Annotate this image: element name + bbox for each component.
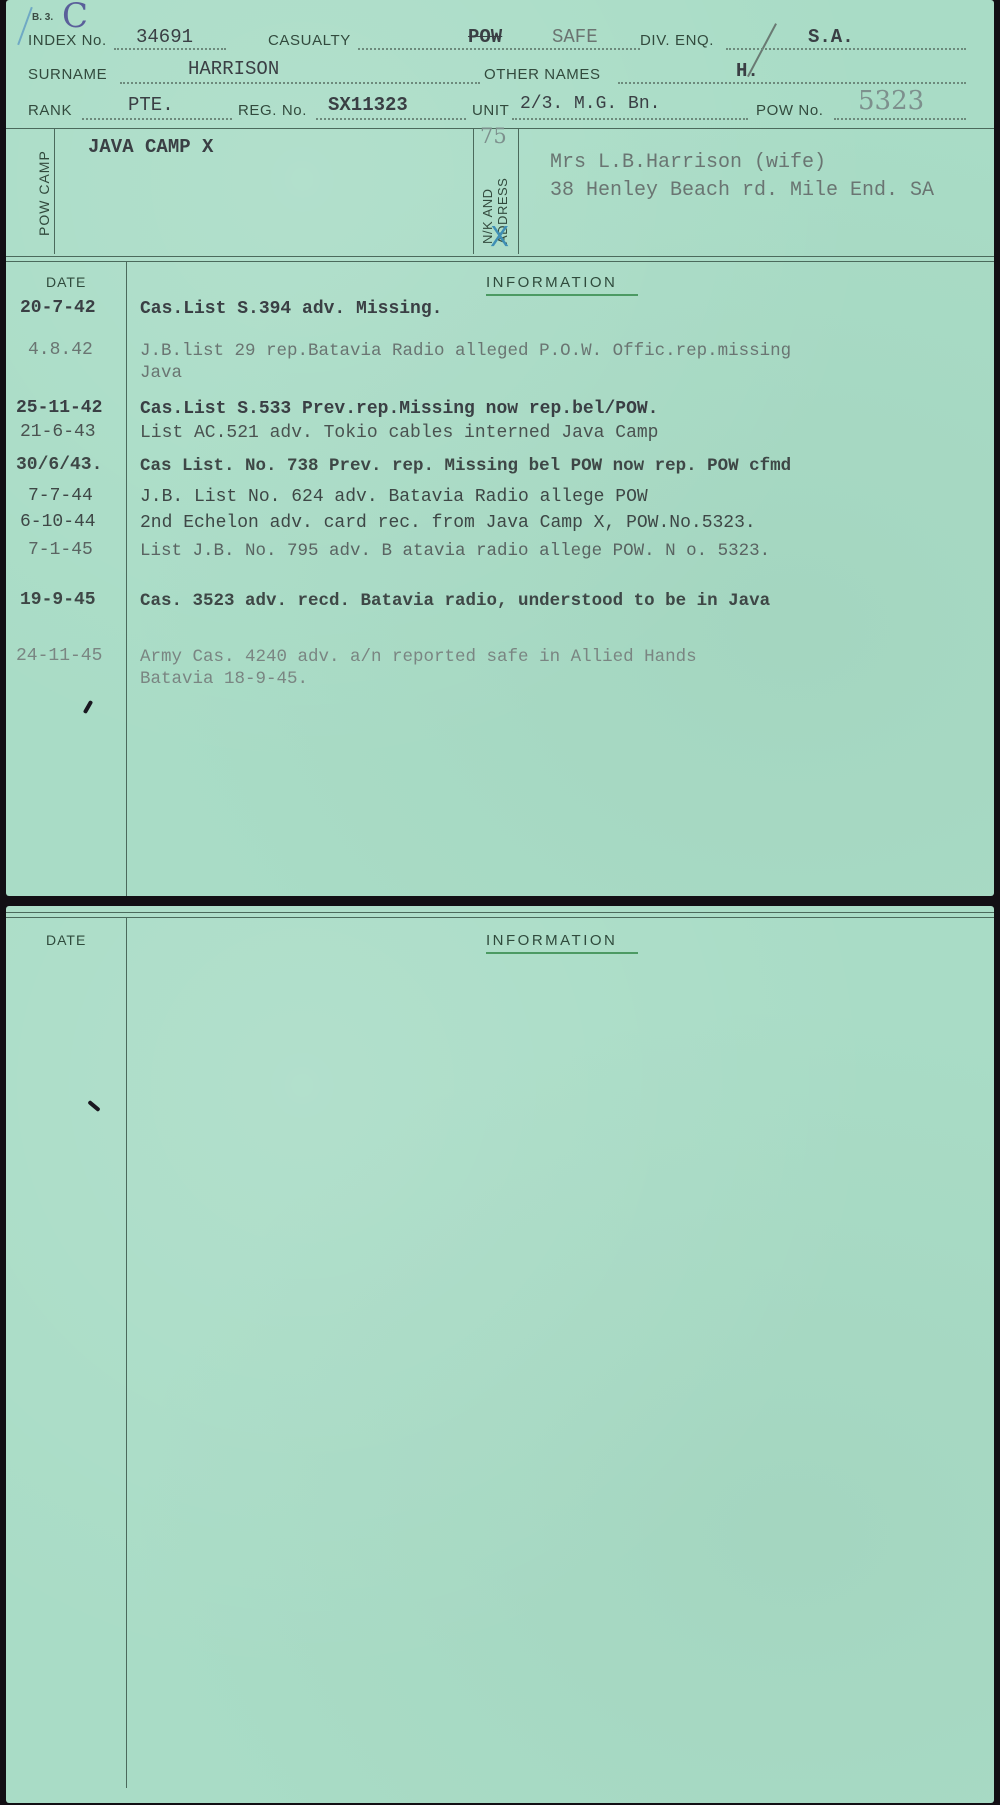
date-header: DATE (46, 274, 86, 290)
entry-information: J.B. List No. 624 adv. Batavia Radio all… (140, 486, 648, 508)
entry-information: J.B.list 29 rep.Batavia Radio alleged P.… (140, 340, 791, 384)
record-card-front: B. 3. C INDEX No. 34691 CASUALTY POW SAF… (6, 0, 994, 896)
pow-camp-value: JAVA CAMP X (88, 136, 213, 158)
reg-no-value: SX11323 (328, 94, 408, 116)
index-no-label: INDEX No. (28, 32, 107, 49)
entry-information: Cas List. No. 738 Prev. rep. Missing bel… (140, 455, 791, 477)
pow-camp-label: POW CAMP (36, 150, 52, 236)
pow-no-value: 5323 (858, 86, 924, 116)
entry-information: 2nd Echelon adv. card rec. from Java Cam… (140, 512, 756, 534)
reg-no-label: REG. No. (238, 102, 307, 119)
entry-date: 20-7-42 (20, 298, 96, 318)
nok-line-1: Mrs L.B.Harrison (wife) (550, 151, 826, 174)
entry-date: 24-11-45 (16, 646, 102, 666)
surname-value: HARRISON (188, 58, 279, 80)
entry-information: Cas. 3523 adv. recd. Batavia radio, unde… (140, 590, 770, 612)
divider (473, 128, 474, 254)
row-index-casualty: INDEX No. 34691 CASUALTY POW SAFE DIV. E… (28, 28, 964, 54)
casualty-struck-value: POW (468, 26, 502, 48)
divider (6, 917, 994, 918)
entry-information: Cas.List S.394 adv. Missing. (140, 298, 442, 320)
column-divider (126, 262, 127, 896)
div-enq-label: DIV. ENQ. (640, 32, 714, 49)
rank-label: RANK (28, 102, 72, 119)
entry-date: 7-1-45 (28, 540, 93, 560)
divider (6, 912, 994, 913)
record-card-back: DATE INFORMATION (6, 906, 994, 1803)
casualty-label: CASUALTY (268, 32, 351, 49)
entry-date: 6-10-44 (20, 512, 96, 532)
pen-mark-icon (87, 1100, 100, 1112)
row-surname: SURNAME HARRISON OTHER NAMES H. (28, 62, 964, 88)
div-enq-value: S.A. (808, 26, 854, 48)
entry-date: 7-7-44 (28, 486, 93, 506)
entry-date: 19-9-45 (20, 590, 96, 610)
date-header: DATE (46, 932, 86, 948)
divider (518, 128, 519, 254)
nok-line-2: 38 Henley Beach rd. Mile End. SA (550, 179, 934, 202)
header-underline (486, 952, 638, 954)
header-underline (486, 294, 638, 296)
entry-information: List AC.521 adv. Tokio cables interned J… (140, 422, 658, 444)
rank-value: PTE. (128, 94, 174, 116)
entry-date: 30/6/43. (16, 455, 102, 475)
entry-information: Army Cas. 4240 adv. a/n reported safe in… (140, 646, 697, 690)
entry-date: 4.8.42 (28, 340, 93, 360)
entry-information: List J.B. No. 795 adv. B atavia radio al… (140, 540, 770, 562)
unit-label: UNIT (472, 102, 509, 119)
information-header: INFORMATION (486, 274, 617, 291)
row-rank-reg-unit: RANK PTE. REG. No. SX11323 UNIT 2/3. M.G… (28, 98, 964, 124)
column-divider (126, 918, 127, 1788)
blue-x-mark: X (490, 220, 509, 253)
information-header: INFORMATION (486, 932, 617, 949)
casualty-value: SAFE (552, 26, 598, 48)
unit-value: 2/3. M.G. Bn. (520, 94, 660, 114)
pen-tick-icon (83, 700, 93, 714)
form-code: B. 3. (32, 12, 53, 23)
divider (54, 128, 55, 254)
divider (6, 261, 994, 262)
other-names-value: H. (736, 60, 759, 82)
other-names-label: OTHER NAMES (484, 66, 601, 83)
index-no-value: 34691 (136, 26, 193, 48)
entry-date: 21-6-43 (20, 422, 96, 442)
divider (6, 256, 994, 257)
entry-date: 25-11-42 (16, 398, 102, 418)
surname-label: SURNAME (28, 66, 107, 83)
pow-no-label: POW No. (756, 102, 824, 119)
entry-information: Cas.List S.533 Prev.rep.Missing now rep.… (140, 398, 658, 420)
